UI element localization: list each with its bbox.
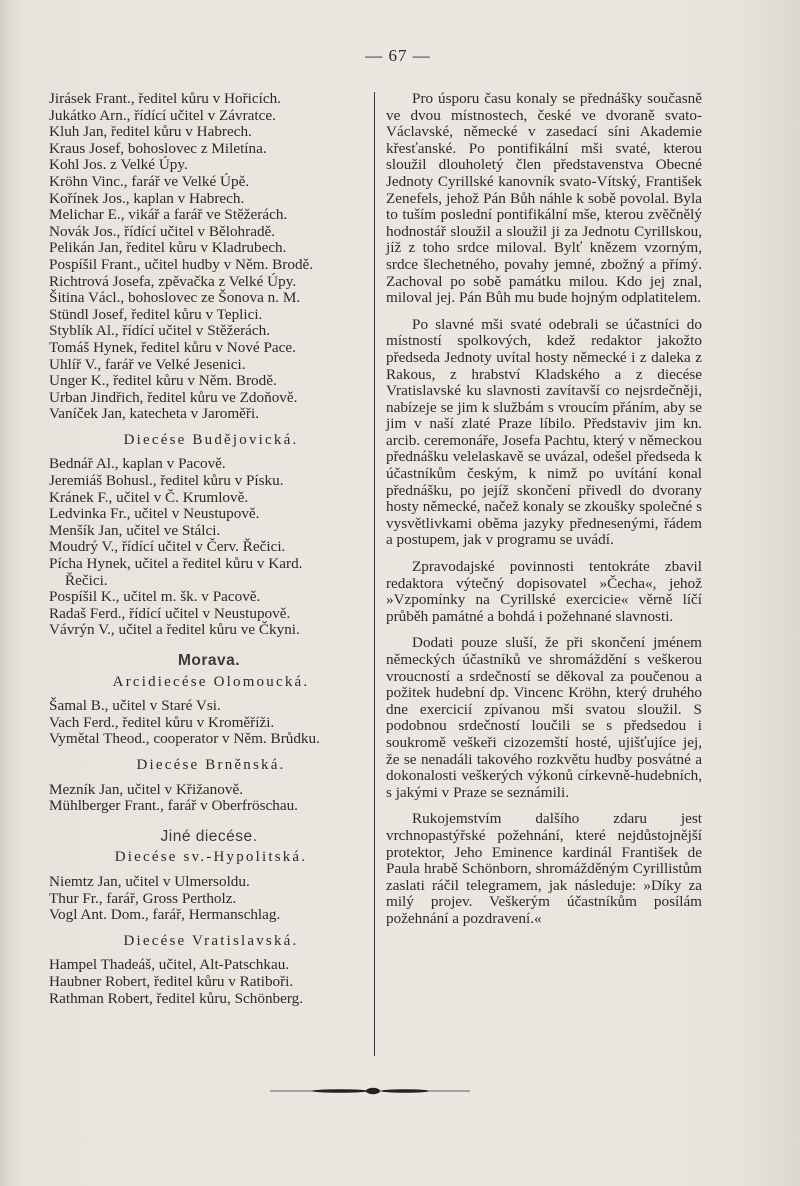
list-entry: Pícha Hynek, učitel a ředitel kůru v Kar… xyxy=(49,556,369,589)
list-entry: Kluh Jan, ředitel kůru v Habrech. xyxy=(49,124,369,141)
list-entry: Vaníček Jan, katecheta v Jaroměři. xyxy=(49,406,369,423)
list-entry: Niemtz Jan, učitel v Ulmersoldu. xyxy=(49,874,369,891)
list-entry: Styblík Al., řídící učitel v Stěžerách. xyxy=(49,323,369,340)
decorative-rule-ornament-icon xyxy=(270,1083,470,1093)
list-entry: Jeremiáš Bohusl., ředitel kůru v Písku. xyxy=(49,473,369,490)
list-entry: Šamal B., učitel v Staré Vsi. xyxy=(49,698,369,715)
list-entry: Urban Jindřich, ředitel kůru ve Zdoňově. xyxy=(49,390,369,407)
attendee-list-column: Jirásek Frant., ředitel kůru v Hořicích.… xyxy=(49,91,369,1007)
page-number: — 67 — xyxy=(343,46,453,66)
list-entry: Richtrová Josefa, zpěvačka z Velké Úpy. xyxy=(49,274,369,291)
diocese-heading-brnenska: Diecése Brněnská. xyxy=(49,757,369,774)
attendee-group-olomoucka: Šamal B., učitel v Staré Vsi. Vach Ferd.… xyxy=(49,698,369,748)
diocese-heading-vratislavska: Diecése Vratislavská. xyxy=(49,933,369,950)
list-entry: Vávrýn V., učitel a ředitel kůru ve Čkyn… xyxy=(49,622,369,639)
list-entry: Moudrý V., řídící učitel v Červ. Řečici. xyxy=(49,539,369,556)
list-entry: Vach Ferd., ředitel kůru v Kroměříži. xyxy=(49,715,369,732)
attendee-group-hypolitska: Niemtz Jan, učitel v Ulmersoldu. Thur Fr… xyxy=(49,874,369,924)
list-entry: Tomáš Hynek, ředitel kůru v Nové Pace. xyxy=(49,340,369,357)
list-entry: Kránek F., učitel v Č. Krumlově. xyxy=(49,490,369,507)
region-heading-other: Jiné diecése. xyxy=(49,829,369,846)
list-entry: Kohl Jos. z Velké Úpy. xyxy=(49,157,369,174)
list-entry: Menšík Jan, učitel ve Stálci. xyxy=(49,523,369,540)
region-heading-morava: Morava. xyxy=(49,653,369,670)
paragraph: Zpravodajské povinnosti tentokráte zbavi… xyxy=(386,559,702,625)
list-entry: Thur Fr., farář, Gross Pertholz. xyxy=(49,891,369,908)
list-entry: Vymětal Theod., cooperator v Něm. Brůdku… xyxy=(49,731,369,748)
book-page: — 67 — Jirásek Frant., ředitel kůru v Ho… xyxy=(0,0,800,1186)
list-entry: Mühlberger Frant., farář v Oberfröschau. xyxy=(49,798,369,815)
list-entry: Jukátko Arn., řídící učitel v Závratce. xyxy=(49,108,369,125)
attendee-group-bohemia: Jirásek Frant., ředitel kůru v Hořicích.… xyxy=(49,91,369,423)
list-entry: Kořínek Jos., kaplan v Habrech. xyxy=(49,191,369,208)
list-entry: Kraus Josef, bohoslovec z Miletína. xyxy=(49,141,369,158)
list-entry: Mezník Jan, učitel v Křižanově. xyxy=(49,782,369,799)
list-entry: Rathman Robert, ředitel kůru, Schönberg. xyxy=(49,991,369,1008)
paragraph: Rukojemstvím dalšího zdaru jest vrchnopa… xyxy=(386,811,702,927)
list-entry-text: Pícha Hynek, učitel a ředitel kůru v Kar… xyxy=(49,555,302,572)
list-entry: Vogl Ant. Dom., farář, Hermanschlag. xyxy=(49,907,369,924)
diocese-heading-hypolitska: Diecése sv.-Hypolitská. xyxy=(49,849,369,866)
list-entry: Uhlíř V., farář ve Velké Jesenici. xyxy=(49,357,369,374)
list-entry-continuation: Řečici. xyxy=(49,573,369,590)
list-entry: Pelikán Jan, ředitel kůru v Kladrubech. xyxy=(49,240,369,257)
list-entry: Radaš Ferd., řídící učitel v Neustupově. xyxy=(49,606,369,623)
list-entry: Novák Jos., řídící učitel v Bělohradě. xyxy=(49,224,369,241)
list-entry: Stündl Josef, ředitel kůru v Teplici. xyxy=(49,307,369,324)
paragraph: Pro úsporu času konaly se přednášky souč… xyxy=(386,91,702,307)
list-entry: Bednář Al., kaplan v Pacově. xyxy=(49,456,369,473)
list-entry: Melichar E., vikář a farář ve Stěžerách. xyxy=(49,207,369,224)
list-entry: Hampel Thadeáš, učitel, Alt-Patschkau. xyxy=(49,957,369,974)
report-text-column: Pro úsporu času konaly se přednášky souč… xyxy=(386,91,702,938)
attendee-group-budejovicka: Bednář Al., kaplan v Pacově. Jeremiáš Bo… xyxy=(49,456,369,639)
diocese-heading-olomoucka: Arcidiecése Olomoucká. xyxy=(49,674,369,691)
diocese-heading-budejovicka: Diecése Budějovická. xyxy=(49,432,369,449)
attendee-group-brnenska: Mezník Jan, učitel v Křižanově. Mühlberg… xyxy=(49,782,369,815)
list-entry: Pospíšil K., učitel m. šk. v Pacově. xyxy=(49,589,369,606)
list-entry: Haubner Robert, ředitel kůru v Ratiboři. xyxy=(49,974,369,991)
paragraph: Po slavné mši svaté odebrali se účastníc… xyxy=(386,317,702,549)
list-entry: Unger K., ředitel kůru v Něm. Brodě. xyxy=(49,373,369,390)
list-entry: Ledvinka Fr., učitel v Neustupově. xyxy=(49,506,369,523)
list-entry: Pospíšil Frant., učitel hudby v Něm. Bro… xyxy=(49,257,369,274)
list-entry: Jirásek Frant., ředitel kůru v Hořicích. xyxy=(49,91,369,108)
attendee-group-vratislavska: Hampel Thadeáš, učitel, Alt-Patschkau. H… xyxy=(49,957,369,1007)
paragraph: Dodati pouze sluší, že při skončení jmén… xyxy=(386,635,702,801)
list-entry: Kröhn Vinc., farář ve Velké Úpě. xyxy=(49,174,369,191)
list-entry: Šitina Václ., bohoslovec ze Šonova n. M. xyxy=(49,290,369,307)
column-divider xyxy=(374,92,375,1056)
